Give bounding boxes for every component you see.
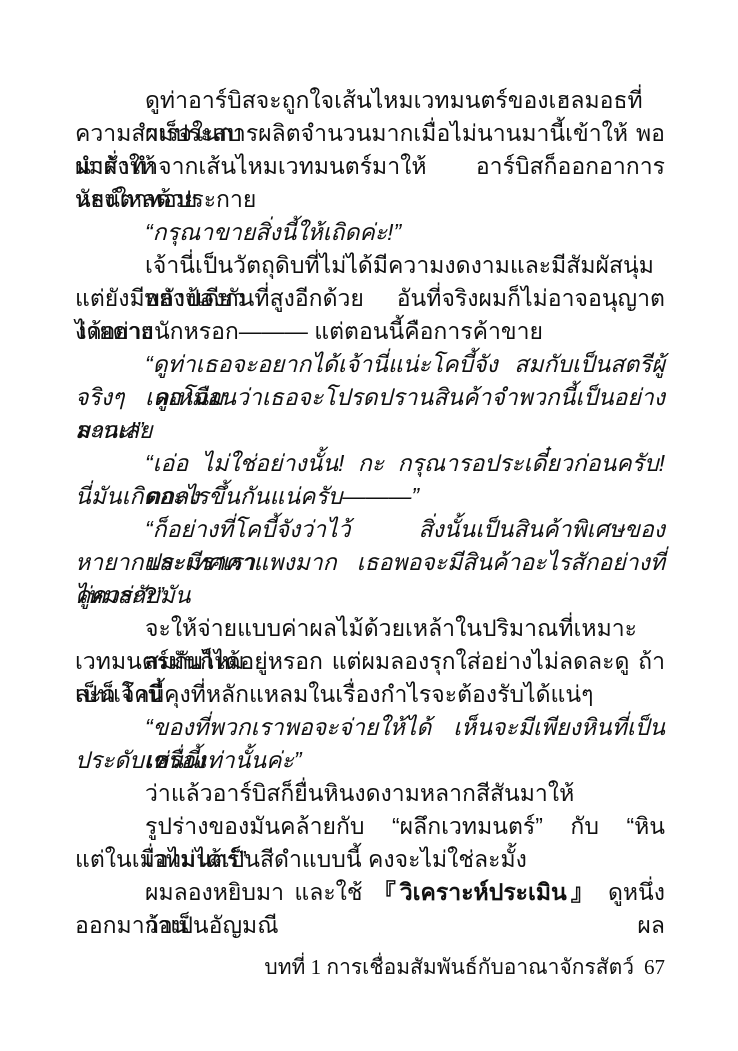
text-line: หายากและมีราคาแพงมาก เธอพอจะมีสินค้าอะไร…: [75, 546, 665, 579]
paragraph-5: “เอ่อ ไม่ใช่อย่างนั้น! กะ กรุณารอประเดี๋…: [75, 447, 665, 513]
text-line: แต่ยังมีพลังป้องกันที่สูงอีกด้วย อันที่จ…: [75, 282, 665, 315]
paragraph-8: “ของที่พวกเราพอจะจ่ายให้ได้ เห็นจะมีเพีย…: [75, 711, 665, 777]
text-line: นำผ้าทำจากเส้นไหมเวทมนตร์มาให้ อาร์บิสก็…: [75, 150, 665, 183]
paragraph-11: ผมลองหยิบมา และใช้ 『วิเคราะห์ประเมิน』 ดู…: [75, 876, 665, 942]
text-line: รูปร่างของมันคล้ายกับ “ผลึกเวทมนตร์” กับ…: [75, 810, 665, 843]
text-block: ดูท่าอาร์บิสจะถูกใจเส้นไหมเวทมนตร์ของเฮล…: [75, 84, 665, 942]
text-line: ผมลองหยิบมา และใช้ 『วิเคราะห์ประเมิน』 ดู…: [75, 876, 665, 909]
text-line: ละนะ!”: [75, 414, 665, 447]
text-line: “ดูท่าเธอจะอยากได้เจ้านี่แน่ะโคบี้จัง สม…: [75, 348, 665, 381]
text-line: นี่มันเกิดอะไรขึ้นกันแน่ครับ———”: [75, 480, 665, 513]
paragraph-7: จะให้จ่ายแบบค่าผลไม้ด้วยเหล้าในปริมาณที่…: [75, 612, 665, 711]
page-footer: บทที่ 1 การเชื่อมสัมพันธ์กับอาณาจักรสัตว…: [264, 951, 665, 984]
paragraph-6: “ก็อย่างที่โคบี้จังว่าไว้ สิ่งนั้นเป็นสิ…: [75, 513, 665, 612]
text-line: “กรุณาขายสิ่งนี้ให้เถิดค่ะ!”: [75, 216, 665, 249]
page-number: 67: [644, 955, 665, 979]
text-line: เวทมนตร์มันก็ได้อยู่หรอก แต่ผมลองรุกใส่อ…: [75, 645, 665, 678]
text-line: ง่ายดายนักหรอก——— แต่ตอนนี้คือการค้าขาย: [75, 315, 665, 348]
text-line: ว่าแล้วอาร์บิสก็ยื่นหินงดงามหลากสีสันมาใ…: [75, 777, 665, 810]
paragraph-2: “กรุณาขายสิ่งนี้ให้เถิดค่ะ!”: [75, 216, 665, 249]
book-page: ดูท่าอาร์บิสจะถูกใจเส้นไหมเวทมนตร์ของเฮล…: [0, 0, 738, 1051]
paragraph-1: ดูท่าอาร์บิสจะถูกใจเส้นไหมเวทมนตร์ของเฮล…: [75, 84, 665, 216]
text-line: ประดับเช่นนี้เท่านั้นค่ะ”: [75, 744, 665, 777]
text-line: ละก็ โคบี้คุงที่หลักแหลมในเรื่องกำไรจะต้…: [75, 678, 665, 711]
text-line: ดูท่าอาร์บิสจะถูกใจเส้นไหมเวทมนตร์ของเฮล…: [75, 84, 665, 117]
text-line: จริงๆ ดูเหมือนว่าเธอจะโปรดปรานสินค้าจำพว…: [75, 381, 665, 414]
paragraph-9: ว่าแล้วอาร์บิสก็ยื่นหินงดงามหลากสีสันมาใ…: [75, 777, 665, 810]
chapter-title: บทที่ 1 การเชื่อมสัมพันธ์กับอาณาจักรสัตว…: [264, 955, 634, 979]
text-line: “เอ่อ ไม่ใช่อย่างนั้น! กะ กรุณารอประเดี๋…: [75, 447, 665, 480]
paragraph-3: เจ้านี่เป็นวัตถุดิบที่ไม่ได้มีความงดงามแ…: [75, 249, 665, 348]
paragraph-4: “ดูท่าเธอจะอยากได้เจ้านี่แน่ะโคบี้จัง สม…: [75, 348, 665, 447]
paragraph-10: รูปร่างของมันคล้ายกับ “ผลึกเวทมนตร์” กับ…: [75, 810, 665, 876]
text-line: ความสำเร็จในการผลิตจำนวนมากเมื่อไม่นานมา…: [75, 117, 665, 150]
text-line: จะให้จ่ายแบบค่าผลไม้ด้วยเหล้าในปริมาณที่…: [75, 612, 665, 645]
text-line: ไหมล่ะ?”: [75, 579, 665, 612]
text-line: เจ้านี่เป็นวัตถุดิบที่ไม่ได้มีความงดงามแ…: [75, 249, 665, 282]
text-line: “ก็อย่างที่โคบี้จังว่าไว้ สิ่งนั้นเป็นสิ…: [75, 513, 665, 546]
text-line: “ของที่พวกเราพอจะจ่ายให้ได้ เห็นจะมีเพีย…: [75, 711, 665, 744]
text-line: นัยน์ตาทอประกาย: [75, 183, 665, 216]
text-line: แต่ในเมื่อไม่ได้เป็นสีดำแบบนี้ คงจะไม่ใช…: [75, 843, 665, 876]
skill-name-bold: 『วิเคราะห์ประเมิน』: [373, 879, 598, 905]
